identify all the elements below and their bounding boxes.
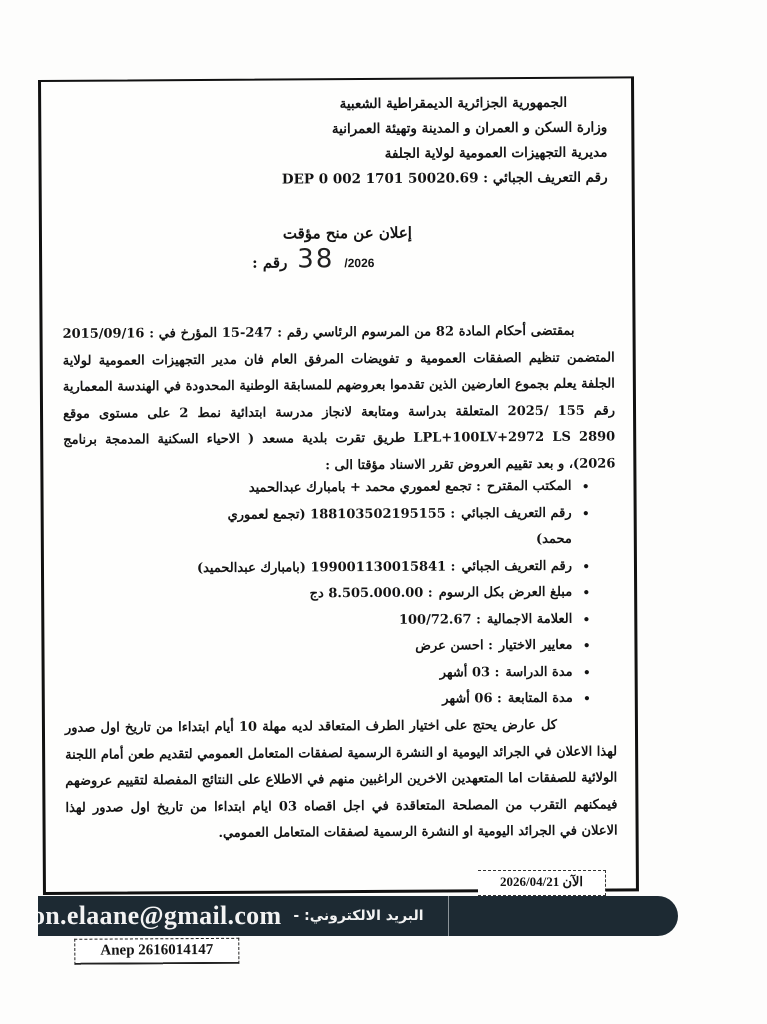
country-name: الجمهورية الجزائرية الديمقراطية الشعبية xyxy=(227,91,567,118)
award-detail-item: المكتب المقترح: تجمع لعموري محمد + بامبا… xyxy=(189,474,589,503)
notice-title: إعلان عن منح مؤقت xyxy=(252,220,412,247)
award-detail-item: مدة المتابعة: 06 أشهر xyxy=(191,686,591,715)
appeal-paragraph: كل عارض يحتج على اختيار الطرف المتعاقد ل… xyxy=(65,712,618,848)
award-detail-item: العلامة الاجمالية: 100/72.67 xyxy=(190,606,590,635)
notice-number-label: رقم : xyxy=(252,249,287,275)
issuer-header: الجمهورية الجزائرية الديمقراطية الشعبية … xyxy=(227,91,608,193)
tax-id-label: رقم التعريف الجبائي : xyxy=(483,170,608,187)
notice-year: 2026/ xyxy=(344,250,374,276)
email-address: on.elaane@gmail.com xyxy=(38,901,281,931)
notice-number-handwritten: 38 xyxy=(297,246,334,272)
notice-document-frame: الجمهورية الجزائرية الديمقراطية الشعبية … xyxy=(38,76,639,895)
tax-id-value: DEP 0 002 1701 50020.69 xyxy=(282,170,479,187)
legal-basis-paragraph: بمقتضى أحكام المادة 82 من المرسوم الرئاس… xyxy=(62,318,615,480)
award-detail-item: رقم التعريف الجبائي: 199001130015841 (با… xyxy=(190,553,590,582)
publication-date: الآن 2026/04/21 xyxy=(478,870,606,896)
anep-reference: Anep 2616014147 xyxy=(74,938,239,965)
ministry-name: وزارة السكن و العمران و المدينة وتهيئة ا… xyxy=(227,116,607,143)
email-label: البريد الالكتروني: - xyxy=(293,908,423,924)
tax-id-line: رقم التعريف الجبائي : DEP 0 002 1701 500… xyxy=(228,166,608,193)
award-detail-item: معايير الاختيار: احسن عرض xyxy=(190,633,590,662)
notice-number-line: رقم : 38 2026/ xyxy=(252,246,412,277)
email-banner: on.elaane@gmail.com البريد الالكتروني: - xyxy=(38,896,678,936)
directorate-name: مديرية التجهيزات العمومية لولاية الجلفة xyxy=(227,141,607,168)
award-detail-item: مدة الدراسة: 03 أشهر xyxy=(191,659,591,688)
award-detail-item: رقم التعريف الجبائي: 188103502195155 (تج… xyxy=(190,500,590,555)
award-detail-item: مبلغ العرض بكل الرسوم: 8.505.000.00 دج xyxy=(190,580,590,609)
award-details-list: المكتب المقترح: تجمع لعموري محمد + بامبا… xyxy=(189,474,590,715)
notice-title-block: إعلان عن منح مؤقت رقم : 38 2026/ xyxy=(252,220,412,277)
banner-divider xyxy=(448,896,449,936)
